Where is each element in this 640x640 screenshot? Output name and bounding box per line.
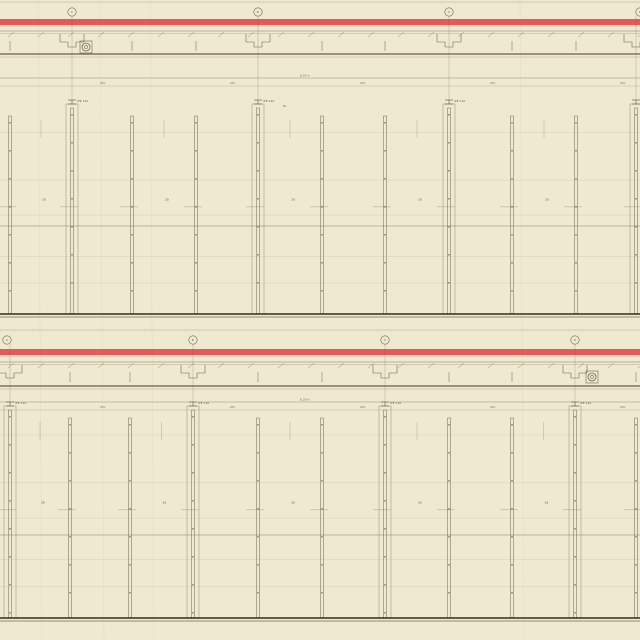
hatch-tick — [38, 32, 44, 37]
overall-dimension-text: 6.20 h — [300, 398, 310, 402]
pump-center-icon — [590, 375, 593, 378]
bolt-mark — [257, 170, 259, 172]
bolt-mark — [195, 290, 197, 292]
bolt-mark — [384, 472, 386, 474]
bolt-mark — [635, 114, 637, 116]
bolt-mark — [131, 122, 133, 124]
red-band-line — [0, 349, 640, 355]
bolt-mark — [635, 198, 637, 200]
bolt-mark — [69, 536, 71, 538]
bolt-mark — [257, 254, 259, 256]
column-tag-text: IPE 120 — [580, 401, 591, 405]
pump-icon — [82, 43, 90, 51]
bolt-mark — [511, 122, 513, 124]
span-dimension-text: 25c — [360, 81, 366, 85]
hatch-tick — [248, 363, 254, 368]
bolt-mark — [192, 612, 194, 614]
hatch-tick — [608, 32, 614, 37]
bolt-mark — [384, 444, 386, 446]
bolt-mark — [635, 170, 637, 172]
bolt-mark — [511, 290, 513, 292]
bolt-mark — [384, 262, 386, 264]
hatch-tick — [398, 32, 404, 37]
bolt-mark — [9, 584, 11, 586]
hatch-tick — [308, 363, 314, 368]
bolt-mark — [448, 592, 450, 594]
bolt-mark — [257, 564, 259, 566]
hatch-tick — [428, 363, 434, 368]
span-dimension-text: 25c — [230, 81, 236, 85]
bolt-mark — [511, 564, 513, 566]
bolt-mark — [69, 508, 71, 510]
column-casing — [569, 406, 581, 618]
hatch-tick — [488, 363, 494, 368]
grid-label: C — [384, 338, 386, 342]
bolt-mark — [384, 122, 386, 124]
section-mark-text: W — [283, 104, 286, 108]
structural-elevation-drawing: ABCD6.20 h25c25c25c25c25c28IPE 12028IPE … — [0, 0, 640, 640]
bolt-mark — [129, 452, 131, 454]
overall-dimension-text: 6.20 h — [300, 74, 310, 78]
bolt-mark — [131, 290, 133, 292]
red-band-shadow — [0, 26, 640, 27]
paper-crease-line — [520, 0, 524, 640]
bolt-mark — [192, 472, 194, 474]
bolt-mark — [71, 114, 73, 116]
bolt-mark — [9, 500, 11, 502]
bolt-mark — [321, 592, 323, 594]
span-dimension-text: 25c — [490, 405, 496, 409]
bolt-mark — [511, 480, 513, 482]
bolt-mark — [257, 198, 259, 200]
bolt-mark — [69, 592, 71, 594]
bolt-mark — [257, 536, 259, 538]
bolt-mark — [321, 122, 323, 124]
bolt-mark — [574, 584, 576, 586]
bolt-mark — [448, 564, 450, 566]
hatch-tick — [368, 32, 374, 37]
bolt-mark — [635, 254, 637, 256]
bolt-mark — [635, 282, 637, 284]
bolt-mark — [321, 424, 323, 426]
bolt-mark — [71, 254, 73, 256]
bolt-mark — [384, 150, 386, 152]
bolt-mark — [192, 444, 194, 446]
bolt-mark — [195, 262, 197, 264]
bolt-mark — [574, 500, 576, 502]
bolt-mark — [384, 612, 386, 614]
beam-haunch — [624, 34, 640, 47]
span-dimension-text: 25c — [490, 81, 496, 85]
hatch-tick — [218, 32, 224, 37]
bolt-mark — [257, 424, 259, 426]
bolt-mark — [257, 508, 259, 510]
column-post — [321, 418, 324, 618]
bolt-mark — [635, 452, 637, 454]
grid-label: B — [192, 338, 194, 342]
hatch-tick — [608, 363, 614, 368]
note-text: 28 — [291, 501, 295, 505]
column-post — [129, 418, 132, 618]
bolt-mark — [448, 508, 450, 510]
bolt-mark — [448, 424, 450, 426]
pump-icon — [588, 373, 596, 381]
hatch-tick — [98, 32, 104, 37]
bolt-mark — [575, 290, 577, 292]
hatch-tick — [158, 32, 164, 37]
hatch-tick — [518, 363, 524, 368]
column-tag-text: IPE 120 — [390, 401, 401, 405]
bolt-mark — [448, 226, 450, 228]
bolt-mark — [131, 178, 133, 180]
bolt-mark — [511, 178, 513, 180]
column-tag-text: IPE 120 — [15, 401, 26, 405]
bolt-mark — [448, 282, 450, 284]
hatch-tick — [68, 363, 74, 368]
bolt-mark — [511, 234, 513, 236]
bolt-mark — [635, 424, 637, 426]
bolt-mark — [9, 178, 11, 180]
bolt-mark — [71, 170, 73, 172]
bolt-mark — [192, 528, 194, 530]
hatch-tick — [188, 32, 194, 37]
bolt-mark — [448, 480, 450, 482]
span-dimension-text: 25c — [620, 81, 626, 85]
span-dimension-text: 25c — [230, 405, 236, 409]
bolt-mark — [448, 142, 450, 144]
bolt-mark — [129, 592, 131, 594]
paper-crease-line — [100, 0, 104, 640]
bolt-mark — [575, 122, 577, 124]
bolt-mark — [192, 556, 194, 558]
bolt-mark — [574, 528, 576, 530]
bolt-mark — [69, 564, 71, 566]
bolt-mark — [321, 508, 323, 510]
bolt-mark — [257, 452, 259, 454]
bolt-mark — [448, 198, 450, 200]
bolt-mark — [448, 170, 450, 172]
column-post — [69, 418, 72, 618]
bolt-mark — [257, 142, 259, 144]
hatch-tick — [458, 363, 464, 368]
bolt-mark — [574, 444, 576, 446]
hatch-tick — [278, 32, 284, 37]
span-dimension-text: 25c — [100, 81, 106, 85]
bolt-mark — [9, 290, 11, 292]
bolt-mark — [635, 592, 637, 594]
paper-crease-line — [150, 0, 154, 640]
hatch-tick — [578, 32, 584, 37]
hatch-tick — [158, 363, 164, 368]
bolt-mark — [321, 290, 323, 292]
hatch-tick — [8, 363, 14, 368]
bolt-mark — [574, 556, 576, 558]
bolt-mark — [195, 178, 197, 180]
bolt-mark — [384, 416, 386, 418]
bolt-mark — [9, 262, 11, 264]
bolt-mark — [9, 472, 11, 474]
hatch-tick — [338, 363, 344, 368]
bolt-mark — [384, 584, 386, 586]
column-casing — [187, 406, 199, 618]
bolt-mark — [321, 452, 323, 454]
bolt-mark — [448, 254, 450, 256]
column-casing — [379, 406, 391, 618]
bolt-mark — [384, 178, 386, 180]
hatch-tick — [398, 363, 404, 368]
bolt-mark — [575, 178, 577, 180]
bolt-mark — [321, 480, 323, 482]
bolt-mark — [321, 178, 323, 180]
bolt-mark — [257, 592, 259, 594]
bolt-mark — [69, 424, 71, 426]
bolt-mark — [321, 564, 323, 566]
note-text: 28 — [545, 501, 549, 505]
hatch-tick — [308, 32, 314, 37]
bolt-mark — [511, 508, 513, 510]
column-post — [511, 418, 514, 618]
note-text: 28 — [41, 501, 45, 505]
bolt-mark — [384, 290, 386, 292]
column-casing — [630, 104, 640, 314]
bolt-mark — [574, 612, 576, 614]
bolt-mark — [129, 536, 131, 538]
red-band-shadow — [0, 356, 640, 357]
bolt-mark — [9, 416, 11, 418]
bolt-mark — [9, 612, 11, 614]
grid-label: A — [6, 338, 9, 342]
hatch-tick — [218, 363, 224, 368]
bolt-mark — [257, 282, 259, 284]
bolt-mark — [511, 262, 513, 264]
bolt-mark — [69, 452, 71, 454]
bolt-mark — [635, 226, 637, 228]
grid-label: D — [574, 338, 577, 342]
bolt-mark — [257, 226, 259, 228]
bolt-mark — [195, 150, 197, 152]
bolt-mark — [257, 114, 259, 116]
column-tag-text: IPE 120 — [77, 99, 88, 103]
bolt-mark — [321, 536, 323, 538]
hatch-tick — [338, 32, 344, 37]
hatch-tick — [548, 32, 554, 37]
bolt-mark — [321, 262, 323, 264]
hatch-tick — [578, 363, 584, 368]
column-tag-text: IPE 120 — [198, 401, 209, 405]
bolt-mark — [71, 142, 73, 144]
bolt-mark — [257, 480, 259, 482]
bolt-mark — [575, 262, 577, 264]
column-tag-text: IPE 120 — [454, 99, 465, 103]
bolt-mark — [575, 234, 577, 236]
hatch-tick — [8, 32, 14, 37]
bolt-mark — [192, 584, 194, 586]
bolt-mark — [192, 500, 194, 502]
bolt-mark — [635, 536, 637, 538]
bolt-mark — [71, 198, 73, 200]
hatch-tick — [128, 32, 134, 37]
bolt-mark — [129, 480, 131, 482]
hatch-tick — [68, 32, 74, 37]
hatch-tick — [248, 32, 254, 37]
hatch-tick — [38, 363, 44, 368]
hatch-tick — [548, 363, 554, 368]
hatch-tick — [98, 363, 104, 368]
grid-label: C — [448, 10, 450, 14]
bolt-mark — [635, 564, 637, 566]
bolt-mark — [384, 556, 386, 558]
beam-haunch — [0, 365, 22, 378]
bolt-mark — [448, 452, 450, 454]
hatch-tick — [128, 363, 134, 368]
bolt-mark — [635, 480, 637, 482]
bolt-mark — [129, 508, 131, 510]
note-text: 28 — [165, 198, 169, 202]
bolt-mark — [575, 150, 577, 152]
panel-upper: ABCD6.20 h25c25c25c25c25c28IPE 12028IPE … — [0, 2, 640, 317]
paper-crease-line — [38, 0, 42, 640]
column-post — [257, 418, 260, 618]
bolt-mark — [131, 262, 133, 264]
bolt-mark — [574, 472, 576, 474]
bolt-mark — [9, 150, 11, 152]
bolt-mark — [635, 142, 637, 144]
note-text: 28 — [545, 198, 549, 202]
red-band-line — [0, 19, 640, 25]
bolt-mark — [131, 150, 133, 152]
span-dimension-text: 25c — [360, 405, 366, 409]
bolt-mark — [384, 500, 386, 502]
bolt-mark — [384, 234, 386, 236]
panel-lower: ABCD6.20 h25c25c25c25c25cIPE 1202828IPE … — [0, 330, 640, 621]
bolt-mark — [9, 444, 11, 446]
drawing-sheet: ABCD6.20 h25c25c25c25c25c28IPE 12028IPE … — [0, 0, 640, 640]
column-post — [635, 418, 638, 618]
pump-center-icon — [84, 45, 87, 48]
bolt-mark — [9, 234, 11, 236]
bolt-mark — [9, 528, 11, 530]
bolt-mark — [384, 528, 386, 530]
bolt-mark — [511, 592, 513, 594]
bolt-mark — [448, 114, 450, 116]
hatch-tick — [278, 363, 284, 368]
grid-label: B — [257, 10, 259, 14]
bolt-mark — [195, 122, 197, 124]
hatch-tick — [518, 32, 524, 37]
hatch-tick — [428, 32, 434, 37]
bolt-mark — [69, 480, 71, 482]
hatch-tick — [488, 32, 494, 37]
note-text: 28 — [42, 198, 46, 202]
bolt-mark — [9, 556, 11, 558]
note-text: 28 — [418, 198, 422, 202]
bolt-mark — [511, 452, 513, 454]
bolt-mark — [192, 416, 194, 418]
bolt-mark — [635, 508, 637, 510]
note-text: 28 — [163, 501, 167, 505]
bolt-mark — [511, 150, 513, 152]
bolt-mark — [448, 536, 450, 538]
column-tag-text: IPE 120 — [263, 99, 274, 103]
column-casing — [4, 406, 16, 618]
bolt-mark — [129, 564, 131, 566]
span-dimension-text: 25c — [100, 405, 106, 409]
bolt-mark — [511, 536, 513, 538]
column-post — [448, 418, 451, 618]
bolt-mark — [321, 150, 323, 152]
bolt-mark — [131, 234, 133, 236]
note-text: 28 — [418, 501, 422, 505]
grid-label: A — [71, 10, 74, 14]
bolt-mark — [71, 282, 73, 284]
bolt-mark — [574, 416, 576, 418]
bolt-mark — [9, 122, 11, 124]
bolt-mark — [321, 234, 323, 236]
span-dimension-text: 25c — [620, 405, 626, 409]
bolt-mark — [511, 424, 513, 426]
bolt-mark — [195, 234, 197, 236]
bolt-mark — [71, 226, 73, 228]
bolt-mark — [129, 424, 131, 426]
note-text: 28 — [291, 198, 295, 202]
